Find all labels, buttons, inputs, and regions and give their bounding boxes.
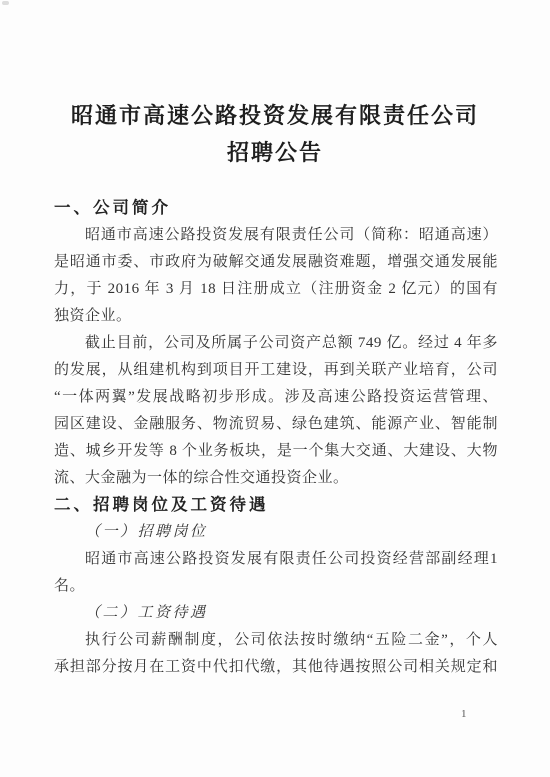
body-line: 是昭通市委、市政府为破解交通发展融资难题，增强交通发展能 [54,249,498,276]
section-heading-company-intro: 一、公司简介 [54,195,498,222]
body-line: 流、大金融为一体的综合性交通投资企业。 [54,465,498,492]
scan-artifact [2,1,9,5]
section-heading-positions-salary: 二、招聘岗位及工资待遇 [54,492,498,519]
body-line: 承担部分按月在工资中代扣代缴，其他待遇按照公司相关规定和 [54,654,498,681]
body-line: 昭通市高速公路投资发展有限责任公司（简称：昭通高速） [54,222,498,249]
body-line: 昭通市高速公路投资发展有限责任公司投资经营部副经理1 [54,546,498,573]
subsection-heading-salary: （二）工资待遇 [54,600,498,627]
body-line: 名。 [54,573,498,600]
page-number: 1 [461,708,467,720]
body-line: 执行公司薪酬制度，公司依法按时缴纳“五险二金”，个人 [54,627,498,654]
document-title-line1: 昭通市高速公路投资发展有限责任公司 [0,97,550,134]
body-line: 的发展，从组建机构到项目开工建设，再到关联产业培育，公司 [54,357,498,384]
body-line: 独资企业。 [54,303,498,330]
body-line: 截止目前，公司及所属子公司资产总额 749 亿。经过 4 年多 [54,330,498,357]
document-title-line2: 招聘公告 [0,134,550,171]
body-line: 造、城乡开发等 8 个业务板块，是一个集大交通、大建设、大物 [54,438,498,465]
body-line: 力，于 2016 年 3 月 18 日注册成立（注册资金 2 亿元）的国有 [54,276,498,303]
document-body: 一、公司简介 昭通市高速公路投资发展有限责任公司（简称：昭通高速） 是昭通市委、… [54,195,498,681]
subsection-heading-positions: （一）招聘岗位 [54,519,498,546]
body-line: 园区建设、金融服务、物流贸易、绿色建筑、能源产业、智能制 [54,411,498,438]
title-block: 昭通市高速公路投资发展有限责任公司 招聘公告 [0,0,550,171]
body-line: “一体两翼”发展战略初步形成。涉及高速公路投资运营管理、 [54,384,498,411]
document-page: 昭通市高速公路投资发展有限责任公司 招聘公告 一、公司简介 昭通市高速公路投资发… [0,0,550,777]
